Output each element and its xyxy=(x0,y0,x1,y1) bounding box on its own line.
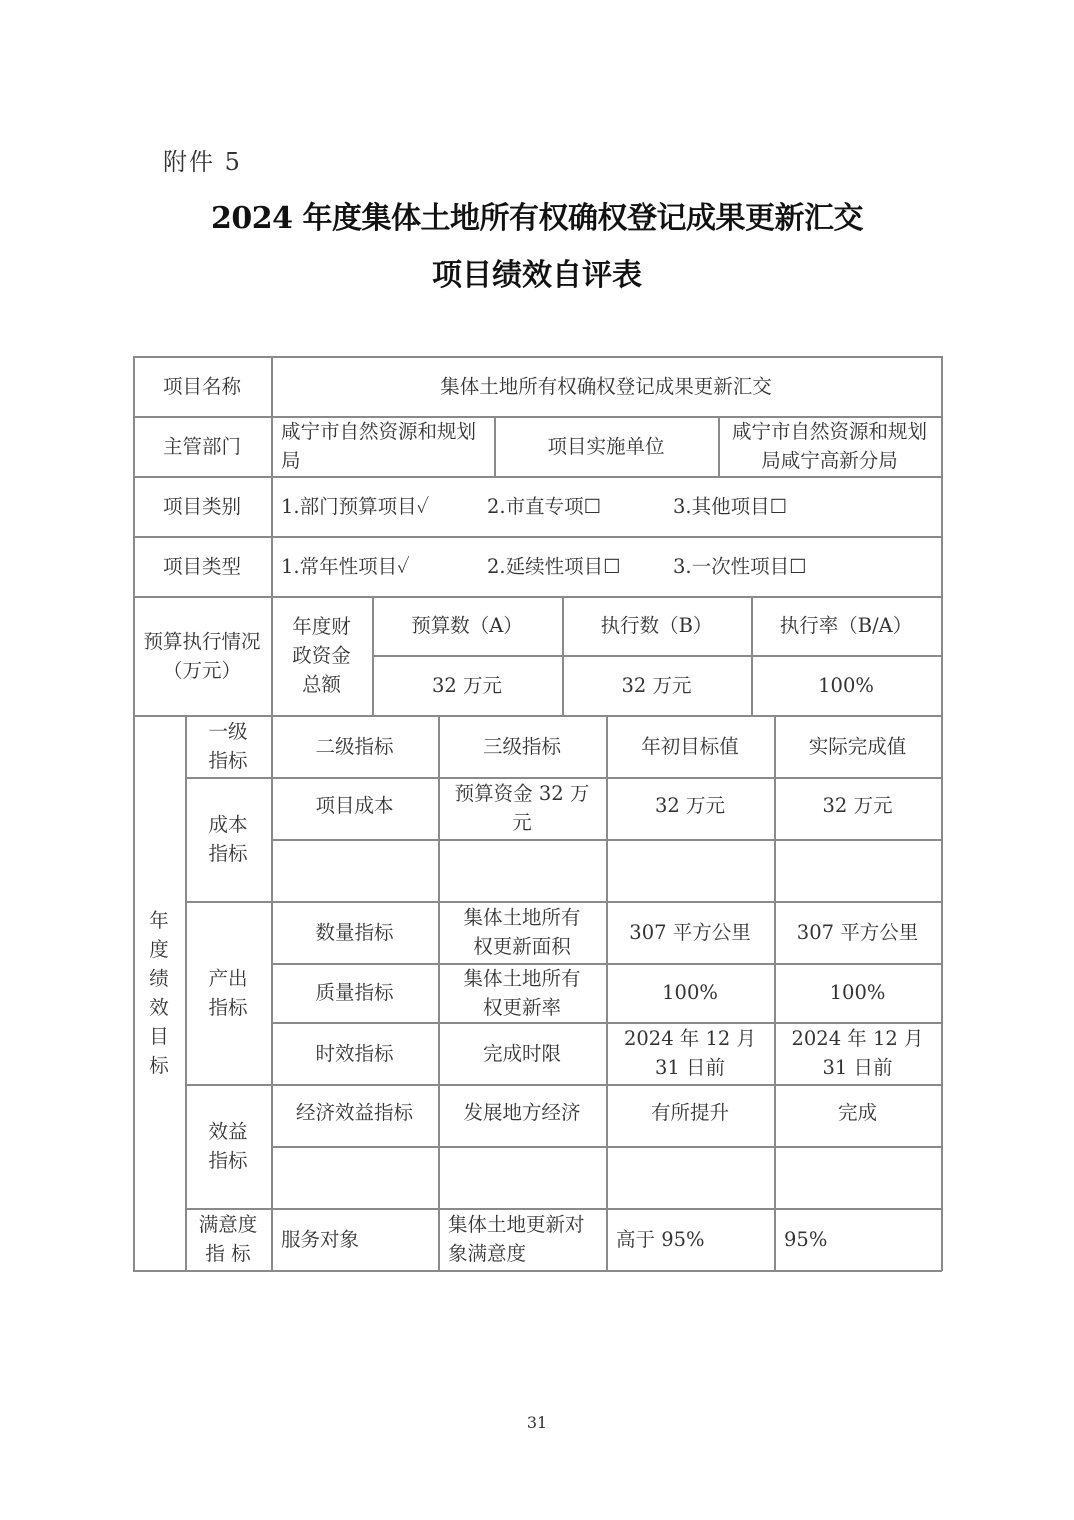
category-option-other: 3.其他项目☐ xyxy=(673,492,787,521)
benefit-row-target: 有所提升 xyxy=(606,1084,774,1146)
output-quality-level3: 集体土地所有权更新率 xyxy=(438,963,606,1022)
type-option-one-time: 3.一次性项目☐ xyxy=(673,552,807,581)
impl-unit-label: 项目实施单位 xyxy=(494,416,718,476)
output-quality-level2: 质量指标 xyxy=(271,963,438,1022)
category-option-dept-budget: 1.部门预算项目✓ xyxy=(281,492,487,521)
cost-row-target: 32 万元 xyxy=(606,777,774,839)
output-timeliness-level2: 时效指标 xyxy=(271,1022,438,1084)
project-name-label: 项目名称 xyxy=(133,356,271,416)
category-options: 1.部门预算项目✓ 2.市直专项☐ 3.其他项目☐ xyxy=(271,476,941,536)
page-number: 31 xyxy=(0,1413,1074,1432)
header-target: 年初目标值 xyxy=(606,715,774,777)
document-subtitle: 项目绩效自评表 xyxy=(0,250,1074,294)
impl-unit-value: 咸宁市自然资源和规划局咸宁高新分局 xyxy=(718,416,941,476)
header-level2: 二级指标 xyxy=(271,715,438,777)
budget-b-value: 32 万元 xyxy=(562,655,751,715)
budget-a-value: 32 万元 xyxy=(372,655,562,715)
attachment-label: 附件 5 xyxy=(163,142,242,177)
output-quantity-target: 307 平方公里 xyxy=(606,901,774,963)
type-option-continuing: 2.延续性项目☐ xyxy=(487,552,673,581)
output-quality-target: 100% xyxy=(606,963,774,1022)
annual-goals-label: 年度绩效目标 xyxy=(133,715,185,1270)
header-actual: 实际完成值 xyxy=(774,715,941,777)
project-name-value: 集体土地所有权确权登记成果更新汇交 xyxy=(271,356,941,416)
budget-rate-header: 执行率（B/A） xyxy=(751,596,941,655)
document-title: 2024 年度集体土地所有权确权登记成果更新汇交 xyxy=(0,193,1074,237)
type-option-recurring: 1.常年性项目✓ xyxy=(281,552,487,581)
cost-indicator-label: 成本指标 xyxy=(185,777,271,901)
category-option-city-special: 2.市直专项☐ xyxy=(487,492,673,521)
output-quantity-level3: 集体土地所有权更新面积 xyxy=(438,901,606,963)
budget-b-header: 执行数（B） xyxy=(562,596,751,655)
dept-label: 主管部门 xyxy=(133,416,271,476)
cost-row-level2: 项目成本 xyxy=(271,777,438,839)
budget-rate-value: 100% xyxy=(751,655,941,715)
fund-total-label: 年度财政资金总额 xyxy=(271,596,372,715)
cost-row-actual: 32 万元 xyxy=(774,777,941,839)
dept-value: 咸宁市自然资源和规划局 xyxy=(271,416,494,476)
benefit-row-level3: 发展地方经济 xyxy=(438,1084,606,1146)
satisfaction-level3: 集体土地更新对象满意度 xyxy=(438,1208,606,1270)
benefit-row-actual: 完成 xyxy=(774,1084,941,1146)
output-indicator-label: 产出指标 xyxy=(185,901,271,1084)
satisfaction-target: 高于 95% xyxy=(606,1208,774,1270)
budget-label: 预算执行情况（万元） xyxy=(133,596,271,715)
benefit-row-level2: 经济效益指标 xyxy=(271,1084,438,1146)
satisfaction-actual: 95% xyxy=(774,1208,941,1270)
output-quantity-level2: 数量指标 xyxy=(271,901,438,963)
output-timeliness-level3: 完成时限 xyxy=(438,1022,606,1084)
cost-row-level3: 预算资金 32 万元 xyxy=(438,777,606,839)
budget-a-header: 预算数（A） xyxy=(372,596,562,655)
header-level3: 三级指标 xyxy=(438,715,606,777)
output-quality-actual: 100% xyxy=(774,963,941,1022)
output-timeliness-target: 2024 年 12 月 31 日前 xyxy=(606,1022,774,1084)
output-timeliness-actual: 2024 年 12 月 31 日前 xyxy=(774,1022,941,1084)
output-quantity-actual: 307 平方公里 xyxy=(774,901,941,963)
type-label: 项目类型 xyxy=(133,536,271,596)
category-label: 项目类别 xyxy=(133,476,271,536)
benefit-indicator-label: 效益指标 xyxy=(185,1084,271,1208)
satisfaction-level2: 服务对象 xyxy=(271,1208,438,1270)
type-options: 1.常年性项目✓ 2.延续性项目☐ 3.一次性项目☐ xyxy=(271,536,941,596)
satisfaction-indicator-label: 满意度指 标 xyxy=(185,1208,271,1270)
header-level1: 一级指标 xyxy=(185,715,271,777)
